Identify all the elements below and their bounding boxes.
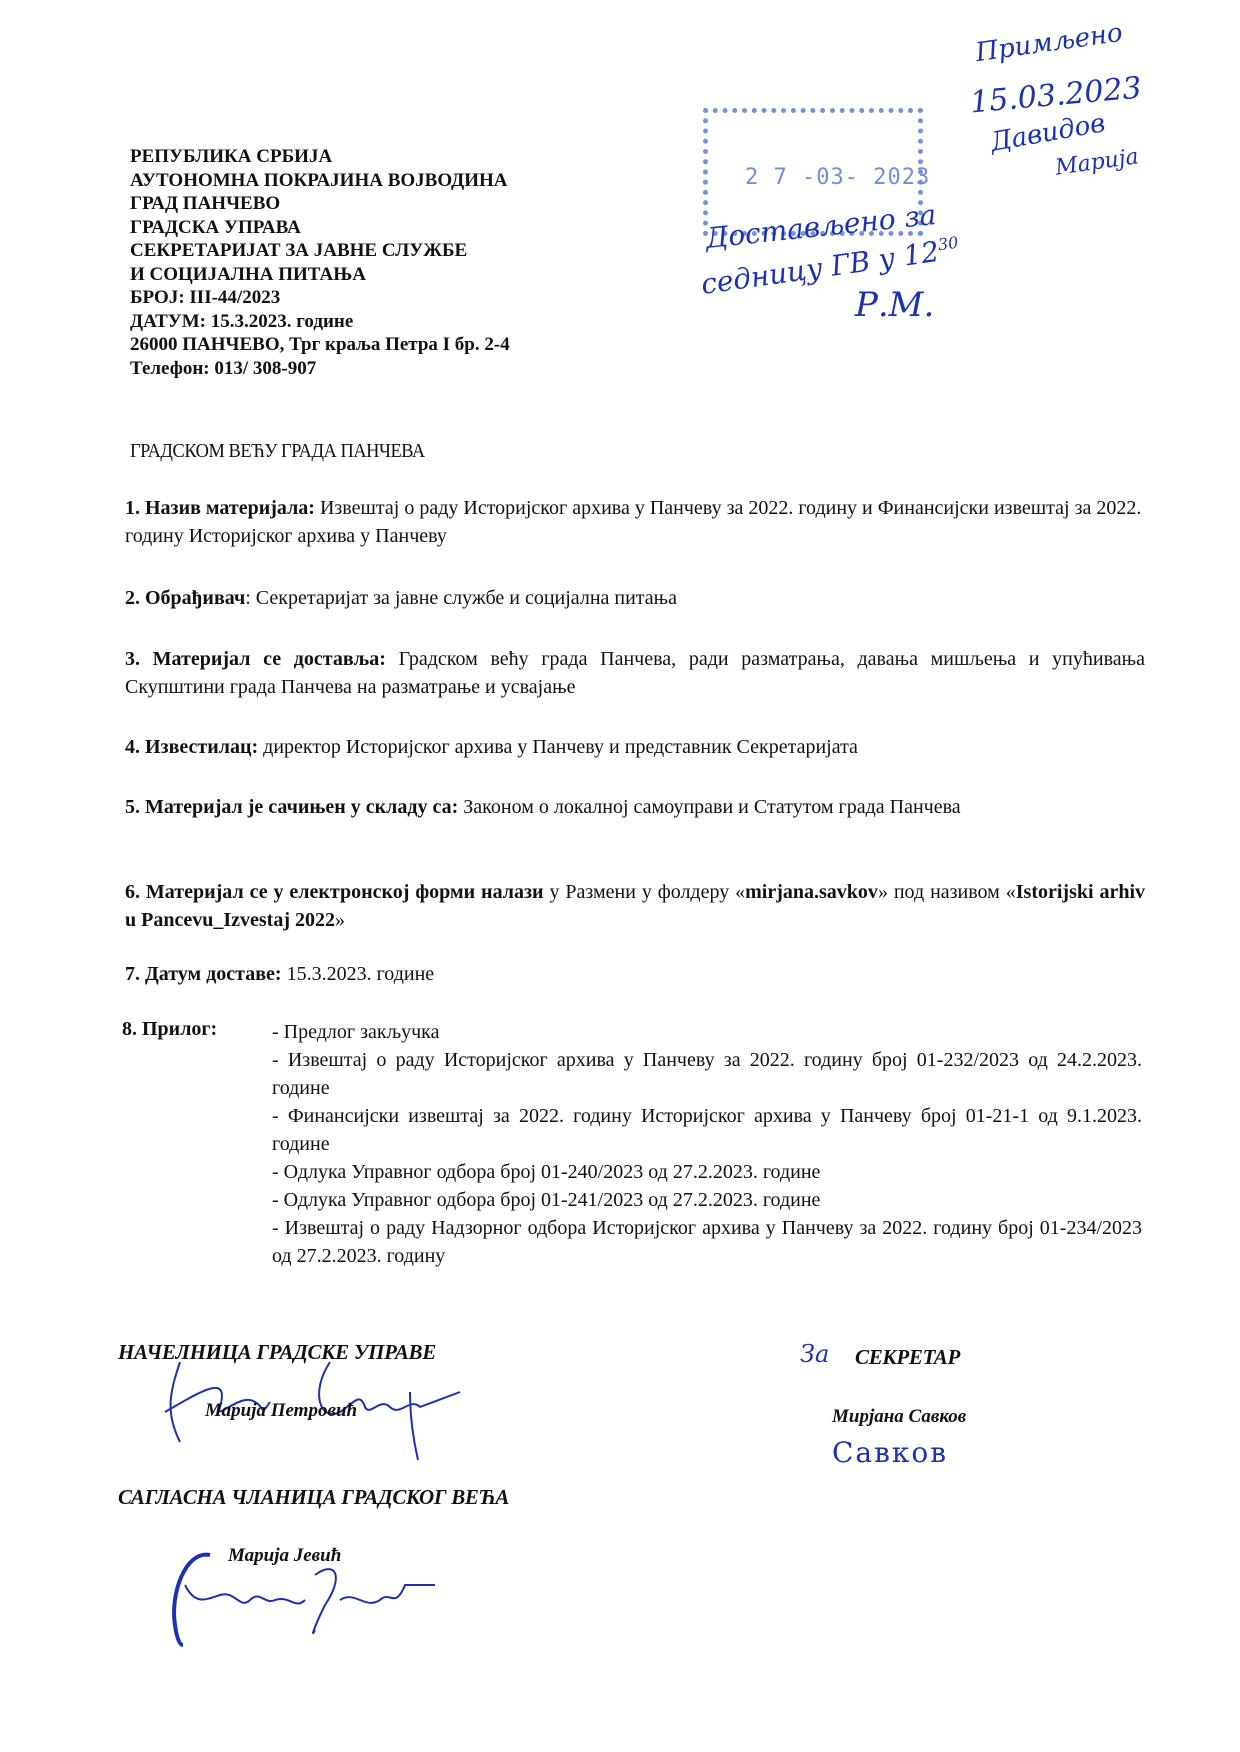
council-member-title: САГЛАСНА ЧЛАНИЦА ГРАДСКОГ ВЕЋА <box>118 1485 509 1510</box>
attachment-item: - Одлука Управног одбора број 01-240/202… <box>272 1158 1142 1186</box>
header-reference-number: БРОЈ: III-44/2023 <box>130 286 510 310</box>
addressee: ГРАДСКОМ ВЕЋУ ГРАДА ПАНЧЕВА <box>130 440 425 463</box>
received-note-line1: Примљено <box>974 18 1125 68</box>
left-signatory-name: Марија Петровић <box>205 1400 357 1422</box>
item-label: 3. Материјал се доставља: <box>125 648 386 670</box>
item-label: 2. Обрађивач <box>125 587 245 609</box>
item-label: 4. Известилац: <box>125 736 258 758</box>
stamp-date: 2 7 -03- 2023 <box>745 165 930 190</box>
received-note-line4: Марија <box>1054 144 1141 180</box>
item-text: » <box>335 909 345 931</box>
attachment-item: - Предлог закључка <box>272 1018 1142 1046</box>
attachments-list: - Предлог закључка - Извештај о раду Ист… <box>272 1018 1142 1270</box>
item-label: 6. Материјал се у електронској форми нал… <box>125 881 544 903</box>
item-material-name: 1. Назив материјала: Извештај о раду Ист… <box>125 494 1145 550</box>
item-delivery: 3. Материјал се доставља: Градском већу … <box>125 645 1145 701</box>
header-line: СЕКРЕТАРИЈАТ ЗА ЈАВНЕ СЛУЖБЕ <box>130 239 510 263</box>
folder-name: mirjana.savkov <box>745 881 878 903</box>
for-signature-mark: За <box>800 1340 829 1368</box>
attachments-label: 8. Прилог: <box>122 1018 217 1041</box>
attachment-item: - Финансијски извештај за 2022. годину И… <box>272 1102 1142 1158</box>
item-text: » под називом « <box>878 881 1016 903</box>
council-member-signature-scribble-icon <box>165 1545 445 1655</box>
item-label: 1. Назив материјала: <box>125 497 315 519</box>
document-header: РЕПУБЛИКА СРБИЈА АУТОНОМНА ПОКРАЈИНА ВОЈ… <box>130 145 510 380</box>
right-signatory-name: Мирјана Савков <box>832 1406 966 1428</box>
received-note-date: 15.03.2023 <box>969 71 1143 121</box>
stamp-initials: Р.М. <box>855 285 934 325</box>
stamp-time-minutes: 30 <box>937 233 960 255</box>
item-text: : Секретаријат за јавне службе и социјал… <box>245 587 677 609</box>
attachment-item: - Извештај о раду Надзорног одбора Истор… <box>272 1214 1142 1270</box>
header-line: РЕПУБЛИКА СРБИЈА <box>130 145 510 169</box>
header-date: ДАТУМ: 15.3.2023. године <box>130 310 510 334</box>
item-label: 7. Датум доставе: <box>125 963 282 985</box>
header-phone: Телефон: 013/ 308-907 <box>130 357 510 381</box>
header-line: И СОЦИЈАЛНА ПИТАЊА <box>130 263 510 287</box>
item-text: 15.3.2023. године <box>282 963 435 985</box>
header-line: АУТОНОМНА ПОКРАЈИНА ВОЈВОДИНА <box>130 169 510 193</box>
header-line: ГРАД ПАНЧЕВО <box>130 192 510 216</box>
item-rapporteur: 4. Известилац: директор Историјског архи… <box>125 733 1145 761</box>
right-signature-title: СЕКРЕТАР <box>855 1345 960 1370</box>
header-address: 26000 ПАНЧЕВО, Трг краља Петра I бр. 2-4 <box>130 333 510 357</box>
item-text: у Размени у фолдеру « <box>544 881 746 903</box>
attachment-item: - Одлука Управног одбора број 01-241/202… <box>272 1186 1142 1214</box>
item-text: директор Историјског архива у Панчеву и … <box>258 736 858 758</box>
item-electronic-form: 6. Материјал се у електронској форми нал… <box>125 878 1145 934</box>
header-line: ГРАДСКА УПРАВА <box>130 216 510 240</box>
item-delivery-date: 7. Датум доставе: 15.3.2023. године <box>125 960 1145 988</box>
item-label: 5. Материјал је сачињен у складу са: <box>125 796 458 818</box>
item-processor: 2. Обрађивач: Секретаријат за јавне служ… <box>125 584 1145 612</box>
attachment-item: - Извештај о раду Историјског архива у П… <box>272 1046 1142 1102</box>
item-text: Законом о локалној самоуправи и Статутом… <box>458 796 960 818</box>
right-handwritten-signature: Савков <box>832 1436 948 1469</box>
item-legal-basis: 5. Материјал је сачињен у складу са: Зак… <box>125 793 1145 821</box>
